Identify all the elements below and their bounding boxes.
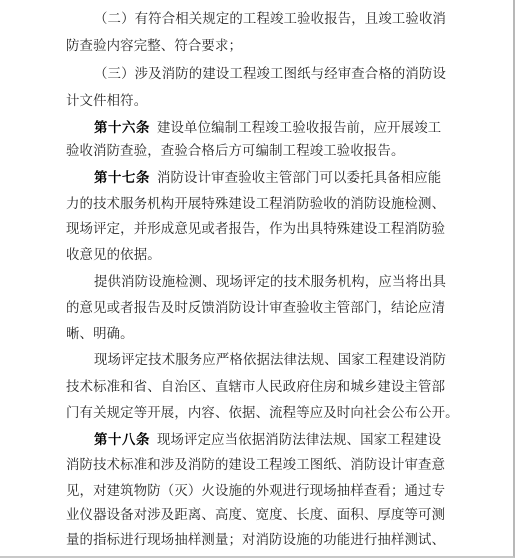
line-text: 晰、明确。 bbox=[66, 327, 134, 342]
article-16-line-1: 第十六条建设单位编制工程竣工验收报告前，应开展竣工 bbox=[94, 115, 448, 141]
article-17-heading: 第十七条 bbox=[94, 170, 150, 186]
article-18-heading: 第十八条 bbox=[94, 432, 150, 448]
line-text: 建设单位编制工程竣工验收报告前，应开展竣工 bbox=[157, 121, 441, 136]
article-17-para-3-line-3: 门有关规定等开展，内容、依据、流程等应及时向社会公布公开。 bbox=[66, 401, 448, 427]
line-text: （二）有符合相关规定的工程竣工验收报告，且竣工验收消 bbox=[94, 12, 446, 27]
line-text: 现场评定，并形成意见或者报告，作为出具特殊建设工程消防验 bbox=[66, 222, 445, 237]
line-text: 消防设计审查验收主管部门可以委托具备相应能 bbox=[157, 171, 441, 186]
article-18-line-1: 第十八条现场评定应当依据消防法律法规、国家工程建设 bbox=[94, 427, 448, 453]
article-17-para-2-line-1: 提供消防设施检测、现场评定的技术服务机构，应当将出具 bbox=[94, 270, 448, 296]
article-17-line-3: 现场评定，并形成意见或者报告，作为出具特殊建设工程消防验 bbox=[66, 217, 448, 243]
article-18-line-5: 量的指标进行现场抽样测量；对消防设施的功能进行抽样测试、 bbox=[66, 528, 448, 554]
article-17-para-2-line-2: 的意见或者报告及时反馈消防设计审查验收主管部门，结论应清 bbox=[66, 296, 448, 322]
article-18-line-4: 业仪器设备对涉及距离、高度、宽度、长度、面积、厚度等可测 bbox=[66, 503, 448, 529]
line-text: 的意见或者报告及时反馈消防设计审查验收主管部门，结论应清 bbox=[66, 301, 445, 316]
line-text: 收意见的依据。 bbox=[66, 248, 161, 263]
line-text: 业仪器设备对涉及距离、高度、宽度、长度、面积、厚度等可测 bbox=[66, 508, 445, 523]
article-18-line-2: 消防技术标准和涉及消防的建设工程竣工图纸、消防设计审查意 bbox=[66, 453, 448, 479]
clause-3-line-2: 计文件相符。 bbox=[66, 89, 448, 115]
clause-2-line-2: 防查验内容完整、符合要求； bbox=[66, 34, 448, 60]
document-page: （二）有符合相关规定的工程竣工验收报告，且竣工验收消 防查验内容完整、符合要求；… bbox=[0, 0, 515, 558]
article-17-para-3-line-1: 现场评定技术服务应严格依据法律法规、国家工程建设消防 bbox=[94, 348, 448, 374]
line-text: 力的技术服务机构开展特殊建设工程消防验收的消防设施检测、 bbox=[66, 197, 445, 212]
line-text: 量的指标进行现场抽样测量；对消防设施的功能进行抽样测试、 bbox=[66, 533, 445, 548]
clause-2-line-1: （二）有符合相关规定的工程竣工验收报告，且竣工验收消 bbox=[94, 7, 448, 33]
line-text: 计文件相符。 bbox=[66, 94, 147, 109]
line-text: （三）涉及消防的建设工程竣工图纸与经审查合格的消防设 bbox=[94, 67, 446, 82]
article-16-heading: 第十六条 bbox=[94, 120, 150, 136]
line-text: 现场评定技术服务应严格依据法律法规、国家工程建设消防 bbox=[94, 353, 446, 368]
line-text: 消防技术标准和涉及消防的建设工程竣工图纸、消防设计审查意 bbox=[66, 458, 445, 473]
line-text: 提供消防设施检测、现场评定的技术服务机构，应当将出具 bbox=[94, 275, 446, 290]
clause-3-line-1: （三）涉及消防的建设工程竣工图纸与经审查合格的消防设 bbox=[94, 62, 448, 88]
article-17-para-3-line-2: 技术标准和省、自治区、直辖市人民政府住房和城乡建设主管部 bbox=[66, 375, 448, 401]
line-text: 现场评定应当依据消防法律法规、国家工程建设 bbox=[157, 433, 441, 448]
article-16-line-2: 验收消防查验，查验合格后方可编制工程竣工验收报告。 bbox=[66, 139, 448, 165]
article-17-line-2: 力的技术服务机构开展特殊建设工程消防验收的消防设施检测、 bbox=[66, 192, 448, 218]
article-17-line-1: 第十七条消防设计审查验收主管部门可以委托具备相应能 bbox=[94, 165, 448, 191]
article-17-para-2-line-3: 晰、明确。 bbox=[66, 322, 448, 348]
article-17-line-4: 收意见的依据。 bbox=[66, 243, 448, 269]
article-18-line-3: 见，对建筑物防（灭）火设施的外观进行现场抽样查看；通过专 bbox=[66, 479, 448, 505]
line-text: 防查验内容完整、符合要求； bbox=[66, 39, 242, 54]
line-text: 门有关规定等开展，内容、依据、流程等应及时向社会公布公开。 bbox=[66, 406, 459, 421]
line-text: 技术标准和省、自治区、直辖市人民政府住房和城乡建设主管部 bbox=[66, 380, 445, 395]
line-text: 验收消防查验，查验合格后方可编制工程竣工验收报告。 bbox=[66, 144, 405, 159]
line-text: 见，对建筑物防（灭）火设施的外观进行现场抽样查看；通过专 bbox=[66, 484, 445, 499]
